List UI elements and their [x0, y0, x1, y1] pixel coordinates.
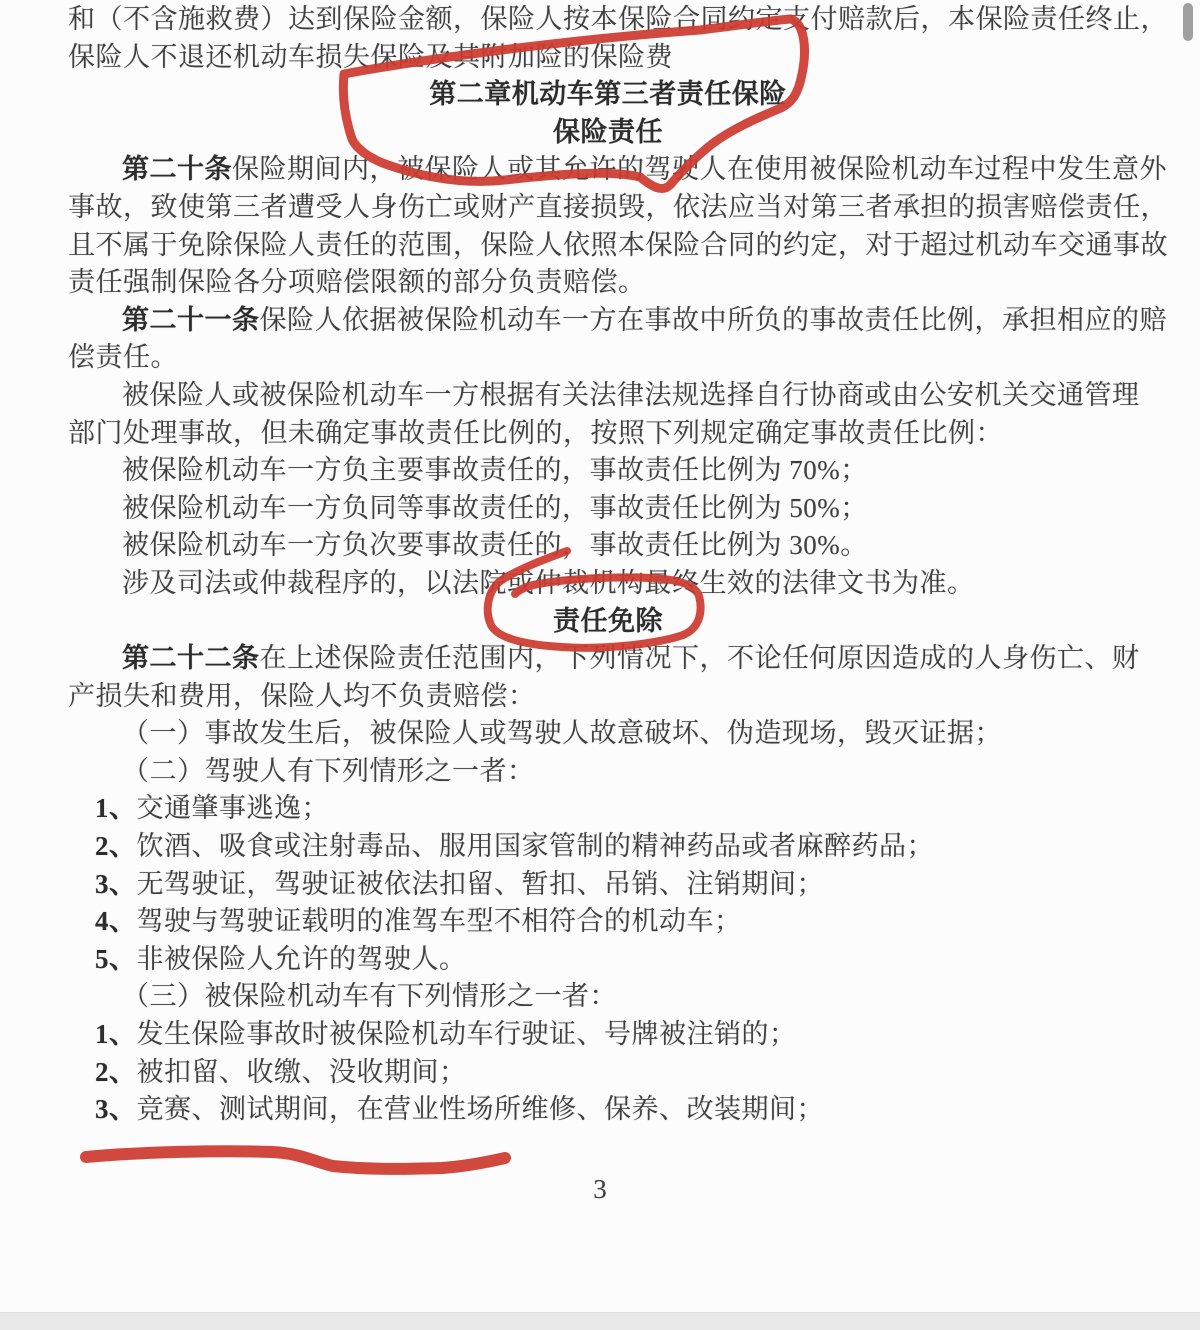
- clause-number: 2、: [95, 1057, 137, 1087]
- document-line: 3、无驾驶证，驾驶证被依法扣留、暂扣、吊销、注销期间；: [68, 866, 1148, 904]
- document-line: （三）被保险机动车有下列情形之一者：: [68, 978, 1148, 1016]
- document-line: 保险人不退还机动车损失保险及其附加险的保险费: [68, 39, 1148, 77]
- document-body: 和（不含施救费）达到保险金额，保险人按本保险合同约定支付赔款后，本保险责任终止，…: [68, 1, 1148, 1129]
- document-line: 4、驾驶与驾驶证载明的准驾车型不相符合的机动车；: [68, 903, 1148, 941]
- document-line: 被保险机动车一方负主要事故责任的，事故责任比例为 70%；: [68, 452, 1148, 490]
- document-line: 2、被扣留、收缴、没收期间；: [68, 1054, 1148, 1092]
- document-line: 和（不含施救费）达到保险金额，保险人按本保险合同约定支付赔款后，本保险责任终止，: [68, 1, 1148, 39]
- document-line: 事故，致使第三者遭受人身伤亡或财产直接损毁，依法应当对第三者承担的损害赔偿责任，: [68, 189, 1148, 227]
- document-page: 和（不含施救费）达到保险金额，保险人按本保险合同约定支付赔款后，本保险责任终止，…: [0, 0, 1200, 1330]
- bottom-underline-annotation: [86, 1151, 505, 1169]
- document-line: 涉及司法或仲裁程序的，以法院或仲裁机构最终生效的法律文书为准。: [68, 565, 1148, 603]
- document-line: 被保险机动车一方负次要事故责任的，事故责任比例为 30%。: [68, 527, 1148, 565]
- clause-number: 2、: [95, 831, 137, 861]
- document-line: 偿责任。: [68, 339, 1148, 377]
- bottom-edge-bar: [0, 1312, 1200, 1330]
- clause-number: 1、: [95, 793, 137, 823]
- document-line: 1、发生保险事故时被保险机动车行驶证、号牌被注销的；: [68, 1016, 1148, 1054]
- page-number: 3: [0, 1174, 1200, 1205]
- document-line: 产损失和费用，保险人均不负责赔偿：: [68, 678, 1148, 716]
- clause-number: 5、: [95, 944, 137, 974]
- document-line: （一）事故发生后，被保险人或驾驶人故意破坏、伪造现场，毁灭证据；: [68, 715, 1148, 753]
- clause-number: 第二十条: [122, 154, 232, 184]
- document-line: 2、饮酒、吸食或注射毒品、服用国家管制的精神药品或者麻醉药品；: [68, 828, 1148, 866]
- section-heading: 责任免除: [68, 603, 1148, 641]
- section-heading: 保险责任: [68, 114, 1148, 152]
- document-line: 责任强制保险各分项赔偿限额的部分负责赔偿。: [68, 264, 1148, 302]
- clause-number: 第二十一条: [122, 305, 260, 335]
- document-line: 被保险人或被保险机动车一方根据有关法律法规选择自行协商或由公安机关交通管理: [68, 377, 1148, 415]
- clause-number: 3、: [95, 1094, 137, 1124]
- document-line: 3、竞赛、测试期间，在营业性场所维修、保养、改装期间；: [68, 1091, 1148, 1129]
- clause-number: 1、: [95, 1019, 137, 1049]
- scrollbar-thumb[interactable]: [1183, 3, 1193, 41]
- document-line: 且不属于免除保险人责任的范围，保险人依照本保险合同的约定，对于超过机动车交通事故: [68, 227, 1148, 265]
- clause-number: 3、: [95, 869, 137, 899]
- clause-number: 4、: [95, 906, 137, 936]
- document-line: 第二十一条保险人依据被保险机动车一方在事故中所负的事故责任比例，承担相应的赔: [68, 302, 1148, 340]
- document-line: 5、非被保险人允许的驾驶人。: [68, 941, 1148, 979]
- document-line: 被保险机动车一方负同等事故责任的，事故责任比例为 50%；: [68, 490, 1148, 528]
- document-line: 部门处理事故，但未确定事故责任比例的，按照下列规定确定事故责任比例：: [68, 415, 1148, 453]
- document-line: 1、交通肇事逃逸；: [68, 790, 1148, 828]
- document-line: 第二十条保险期间内，被保险人或其允许的驾驶人在使用被保险机动车过程中发生意外: [68, 151, 1148, 189]
- clause-number: 第二十二条: [122, 643, 260, 673]
- document-line: （二）驾驶人有下列情形之一者：: [68, 753, 1148, 791]
- section-heading: 第二章机动车第三者责任保险: [68, 76, 1148, 114]
- document-line: 第二十二条在上述保险责任范围内，下列情况下，不论任何原因造成的人身伤亡、财: [68, 640, 1148, 678]
